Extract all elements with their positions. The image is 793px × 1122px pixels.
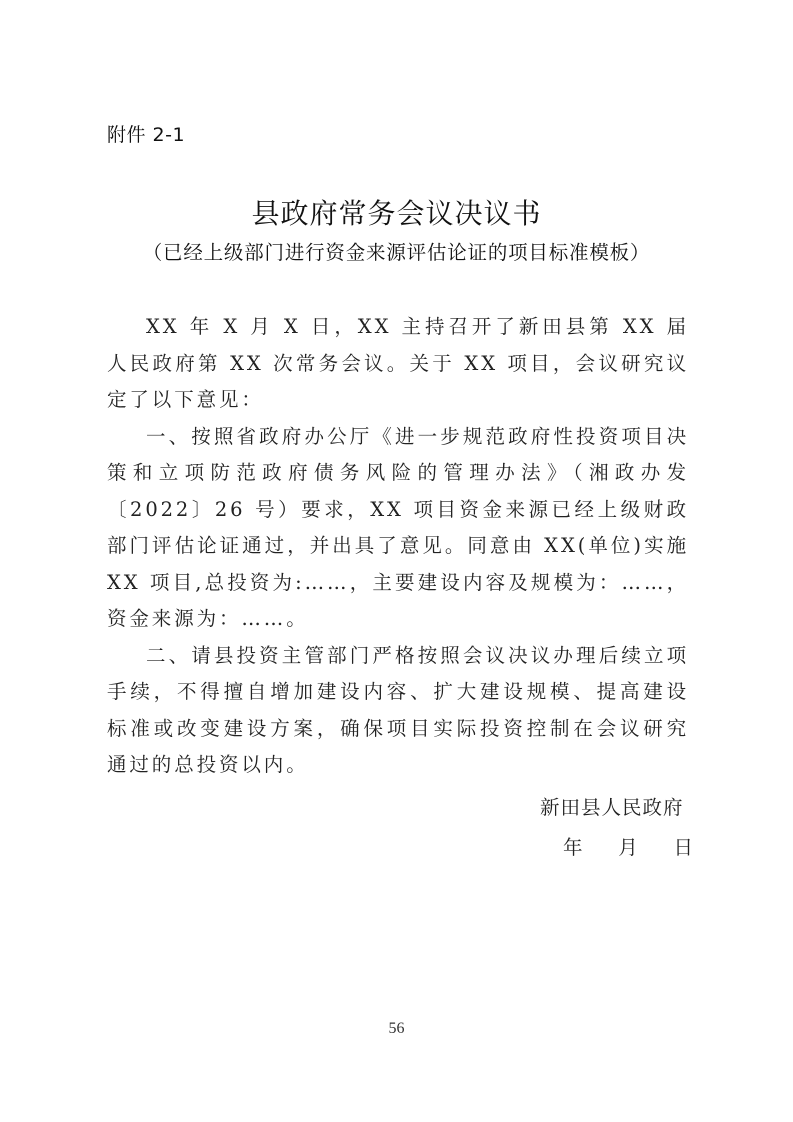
date-month-label: 月 xyxy=(618,832,638,860)
page-number: 56 xyxy=(0,1020,793,1038)
paragraph-item-2: 二、请县投资主管部门严格按照会议决议办理后续立项手续，不得擅自增加建设内容、扩大… xyxy=(107,638,689,784)
date-year-label: 年 xyxy=(563,832,583,860)
signature-issuer: 新田县人民政府 xyxy=(540,792,700,820)
document-title: 县政府常务会议决议书 xyxy=(0,192,793,232)
document-subtitle: （已经上级部门进行资金来源评估论证的项目标准模板） xyxy=(0,237,793,265)
paragraph-item-1: 一、按照省政府办公厅《进一步规范政府性投资项目决策和立项防范政府债务风险的管理办… xyxy=(107,419,689,638)
date-day-label: 日 xyxy=(673,832,693,860)
document-page: 附件 2-1 县政府常务会议决议书 （已经上级部门进行资金来源评估论证的项目标准… xyxy=(0,0,793,1122)
paragraph-intro: XX 年 X 月 X 日，XX 主持召开了新田县第 XX 届人民政府第 XX 次… xyxy=(107,309,689,419)
document-body: XX 年 X 月 X 日，XX 主持召开了新田县第 XX 届人民政府第 XX 次… xyxy=(107,309,689,784)
attachment-label: 附件 2-1 xyxy=(107,120,185,147)
signature-date: 年 月 日 xyxy=(563,832,693,860)
